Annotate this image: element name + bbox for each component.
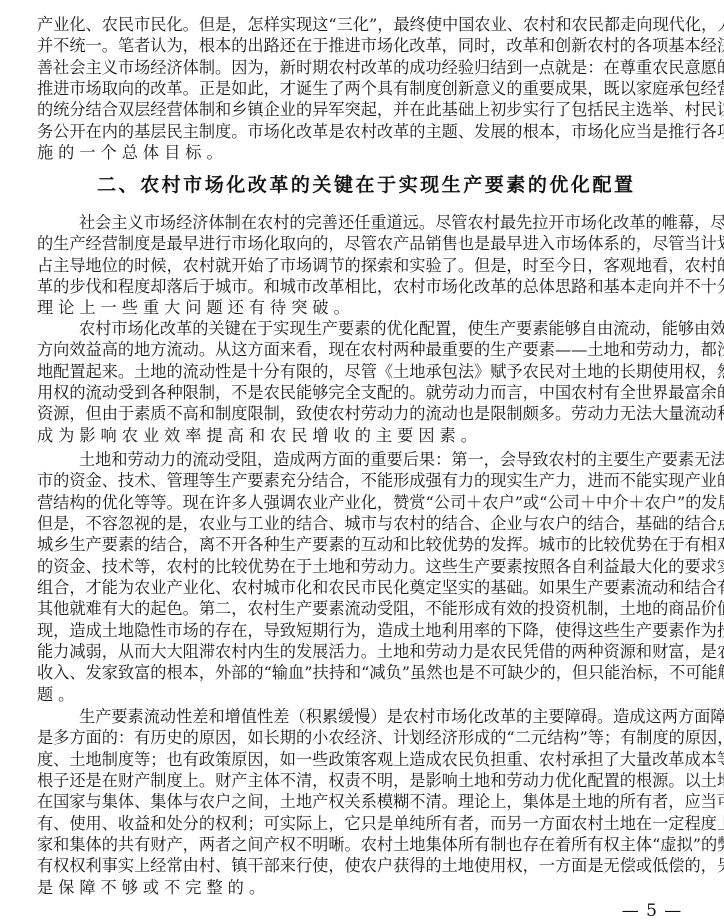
text-line: 市的资金、技术、管理等生产要素充分结合，不能形成强有力的现实生产力，进而不能实现…	[37, 470, 693, 491]
text-line: 收入、发家致富的根本，外部的“输血”扶持和“减负”虽然也是不可缺少的，但只能治标…	[37, 662, 693, 683]
text-line: 善社会主义市场经济体制。因为，新时期农村改革的成功经验归结到一点就是：在尊重农民…	[37, 57, 693, 78]
document-page: 产业化、农民市民化。但是，怎样实现这“三化”，最终使中国农业、农村和农民都走向现…	[0, 0, 724, 922]
text-line: 度、土地制度等；也有政策原因，如一些政策客观上造成农民负担重、农村承担了大量改革…	[37, 749, 693, 770]
paragraph-4: 土地和劳动力的流动受阻，造成两方面的重要后果：第一，会导致农村的主要生产要素无法…	[37, 449, 693, 705]
text-line: 有权权利事实上经常由村、镇干部来行使，使农户获得的土地使用权，一方面是无偿或低偿…	[37, 855, 693, 876]
paragraph-3: 农村市场化改革的关键在于实现生产要素的优化配置，使生产要素能够自由流动，能够由效…	[37, 318, 693, 446]
text-line: 的生产经营制度是最早进行市场化取向的，尽管农产品销售也是最早进入市场体系的，尽管…	[37, 233, 693, 254]
text-line: 产业化、农民市民化。但是，怎样实现这“三化”，最终使中国农业、农村和农民都走向现…	[37, 14, 693, 35]
text-line: 但是，不容忽视的是，农业与工业的结合、城市与农村的结合、企业与农户的结合，基础的…	[37, 513, 693, 534]
text-line: 营结构的优化等等。现在许多人强调农业产业化，赞赏“公司＋农户”或“公司＋中介＋农…	[37, 492, 693, 513]
text-line: 推进市场取向的改革。正是如此，才诞生了两个具有制度创新意义的重要成果，既以家庭承…	[37, 78, 693, 99]
text-line: 其他就难有大的起色。第二，农村生产要素流动受阻，不能形成有效的投资机制，土地的商…	[37, 598, 693, 619]
text-line: 在国家与集体、集体与农户之间，土地产权关系模糊不清。理论上，集体是土地的所有者，…	[37, 791, 693, 812]
text-line: 资源，但由于素质不高和制度限制，致使农村劳动力的流动也是限制颇多。劳动力无法大量…	[37, 403, 693, 424]
page-number: — 5 —	[612, 900, 692, 922]
paragraph-1: 产业化、农民市民化。但是，怎样实现这“三化”，最终使中国农业、农村和农民都走向现…	[37, 14, 693, 163]
text-line: 的统分结合双层经营体制和乡镇企业的异军突起，并在此基础上初步实行了包括民主选举、…	[37, 99, 693, 120]
text-line: 务公开在内的基层民主制度。市场化改革是农村改革的主题、发展的根本，市场化应当是推…	[37, 121, 693, 142]
text-line: 是保障不够或不完整的。	[37, 877, 693, 898]
text-line: 地配置起来。土地的流动性是十分有限的，尽管《土地承包法》赋予农民对土地的长期使用…	[37, 361, 693, 382]
text-line: 革的步伐和程度却落后于城市。和城市改革相比，农村市场化改革的总体思路和基本走向并…	[37, 276, 693, 297]
text-line: 施的一个总体目标。	[37, 142, 693, 163]
text-line: 方向效益高的地方流动。从这方面来看，现在农村两种最重要的生产要素——土地和劳动力…	[37, 339, 693, 360]
text-line: 成为影响农业效率提高和农民增收的主要因素。	[37, 425, 693, 446]
paragraph-5: 生产要素流动性差和增值性差（积累缓慢）是农村市场化改革的主要障碍。造成这两方面障…	[37, 706, 693, 898]
text-line: 农村市场化改革的关键在于实现生产要素的优化配置，使生产要素能够自由流动，能够由效…	[37, 318, 693, 339]
text-line: 题。	[37, 684, 693, 705]
text-line: 社会主义市场经济体制在农村的完善还任重道远。尽管农村最先拉开市场化改革的帷幕，尽…	[37, 212, 693, 233]
text-line: 土地和劳动力的流动受阻，造成两方面的重要后果：第一，会导致农村的主要生产要素无法…	[37, 449, 693, 470]
text-line: 家和集体的共有财产，两者之间产权不明晰。农村土地集体所有制也存在着所有权主体“虚…	[37, 834, 693, 855]
text-line: 是多方面的：有历史的原因，如长期的小农经济、计划经济形成的“二元结构”等；有制度…	[37, 727, 693, 748]
text-line: 并不统一。笔者认为，根本的出路还在于推进市场化改革，同时，改革和创新农村的各项基…	[37, 35, 693, 56]
paragraph-2: 社会主义市场经济体制在农村的完善还任重道远。尽管农村最先拉开市场化改革的帷幕，尽…	[37, 212, 693, 319]
text-line: 用权的流动受到各种限制，不是农民能够完全支配的。就劳动力而言，中国农村有全世界最…	[37, 382, 693, 403]
text-line: 组合，才能为农业产业化、农村城市化和农民市民化奠定坚实的基础。如果生产要素流动和…	[37, 577, 693, 598]
section-heading: 二、农村市场化改革的关键在于实现生产要素的优化配置	[97, 173, 633, 197]
text-line: 有、使用、收益和处分的权利；可实际上，它只是单纯所有者，而另一方面农村土地在一定…	[37, 813, 693, 834]
text-line: 根子还是在财产制度上。财产主体不清，权责不明，是影响土地和劳动力优化配置的根源。…	[37, 770, 693, 791]
text-line: 的资金、技术等，农村的比较优势在于土地和劳动力。这些生产要素按照各自利益最大化的…	[37, 556, 693, 577]
text-line: 生产要素流动性差和增值性差（积累缓慢）是农村市场化改革的主要障碍。造成这两方面障…	[37, 706, 693, 727]
text-line: 占主导地位的时候，农村就开始了市场调节的探索和实验了。但是，时至今日，客观地看，…	[37, 255, 693, 276]
text-line: 理论上一些重大问题还有待突破。	[37, 297, 693, 318]
text-line: 现，造成土地隐性市场的存在，导致短期行为，造成土地利用率的下降，使得这些生产要素…	[37, 620, 693, 641]
text-line: 城乡生产要素的结合，离不开各种生产要素的互动和比较优势的发挥。城市的比较优势在于…	[37, 534, 693, 555]
text-line: 能力减弱，从而大大阻滞农村内生的发展活力。土地和劳动力是农民凭借的两种资源和财富…	[37, 641, 693, 662]
